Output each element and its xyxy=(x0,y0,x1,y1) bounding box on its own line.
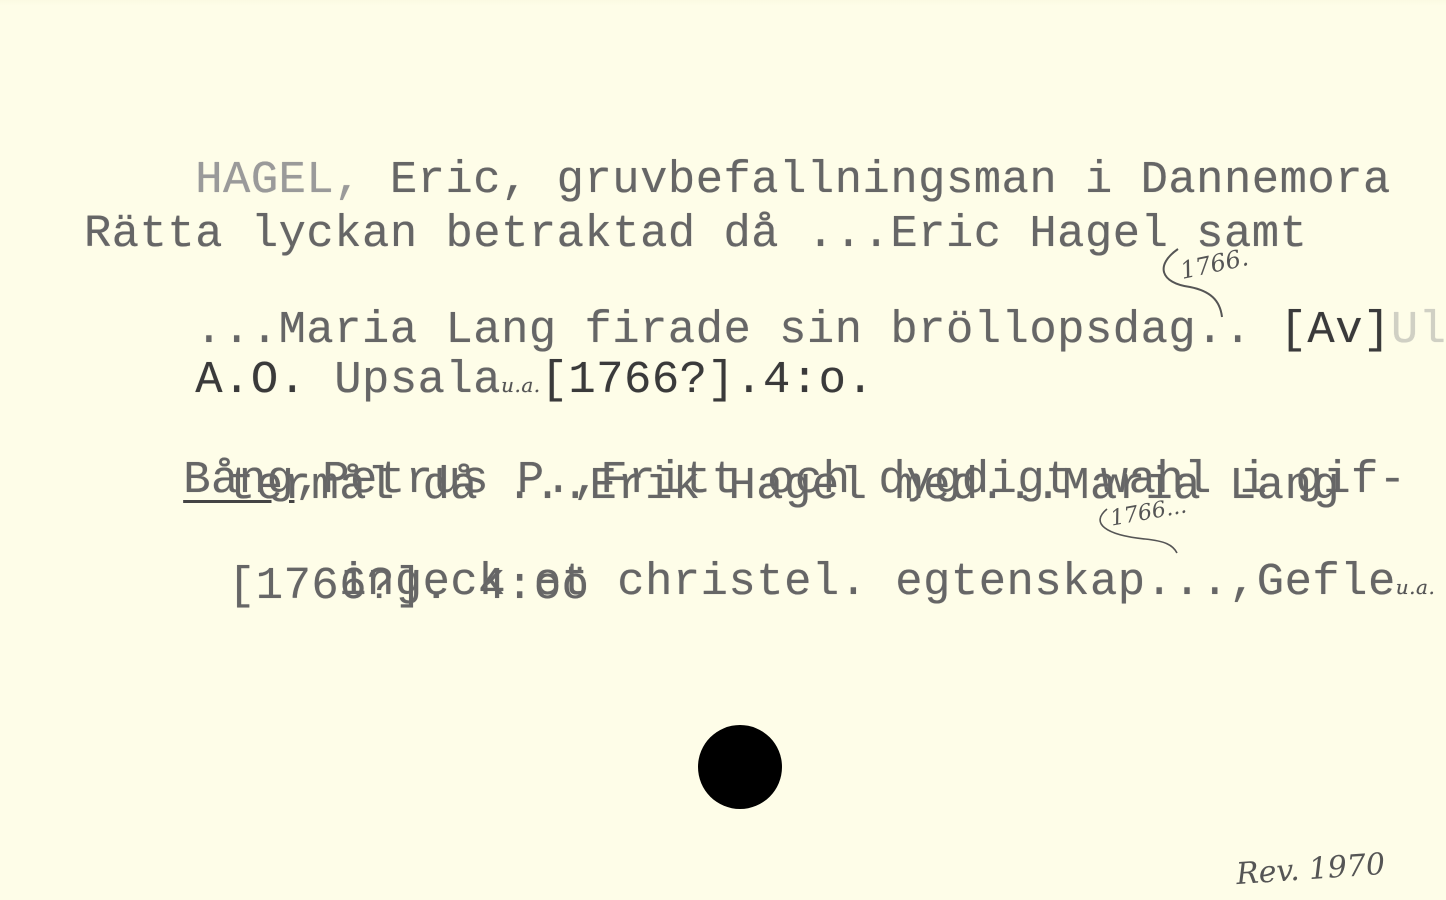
entry1-line1: Rätta lyckan betraktad då ...Eric Hagel … xyxy=(84,212,1307,258)
entry1-ua-note: u.a. xyxy=(501,373,541,397)
entry2-ua-note: u.a. xyxy=(1396,575,1436,599)
entry2-line4: [1766?]. 4:oö xyxy=(228,564,589,610)
pencil-insert-caret-2 xyxy=(1085,505,1195,555)
entry1-imprint: [1766?].4:o. xyxy=(541,354,875,406)
entry1-bracket-author: [Av] xyxy=(1280,304,1391,356)
entry1-place: Upsala xyxy=(334,354,501,406)
heading-rest: Eric, gruvbefallningsman i Dannemora xyxy=(362,154,1391,206)
heading-surname: HAGEL, xyxy=(195,154,362,206)
entry1-struck-text: Ulla xyxy=(1391,304,1446,356)
punch-hole xyxy=(698,725,782,809)
entry1-prefix: A.O. xyxy=(195,354,306,406)
pencil-insert-caret-1 xyxy=(1150,245,1250,320)
revision-note: Rev. 1970 xyxy=(1235,847,1386,892)
catalog-card: HAGEL, Eric, gruvbefallningsman i Dannem… xyxy=(0,0,1446,900)
